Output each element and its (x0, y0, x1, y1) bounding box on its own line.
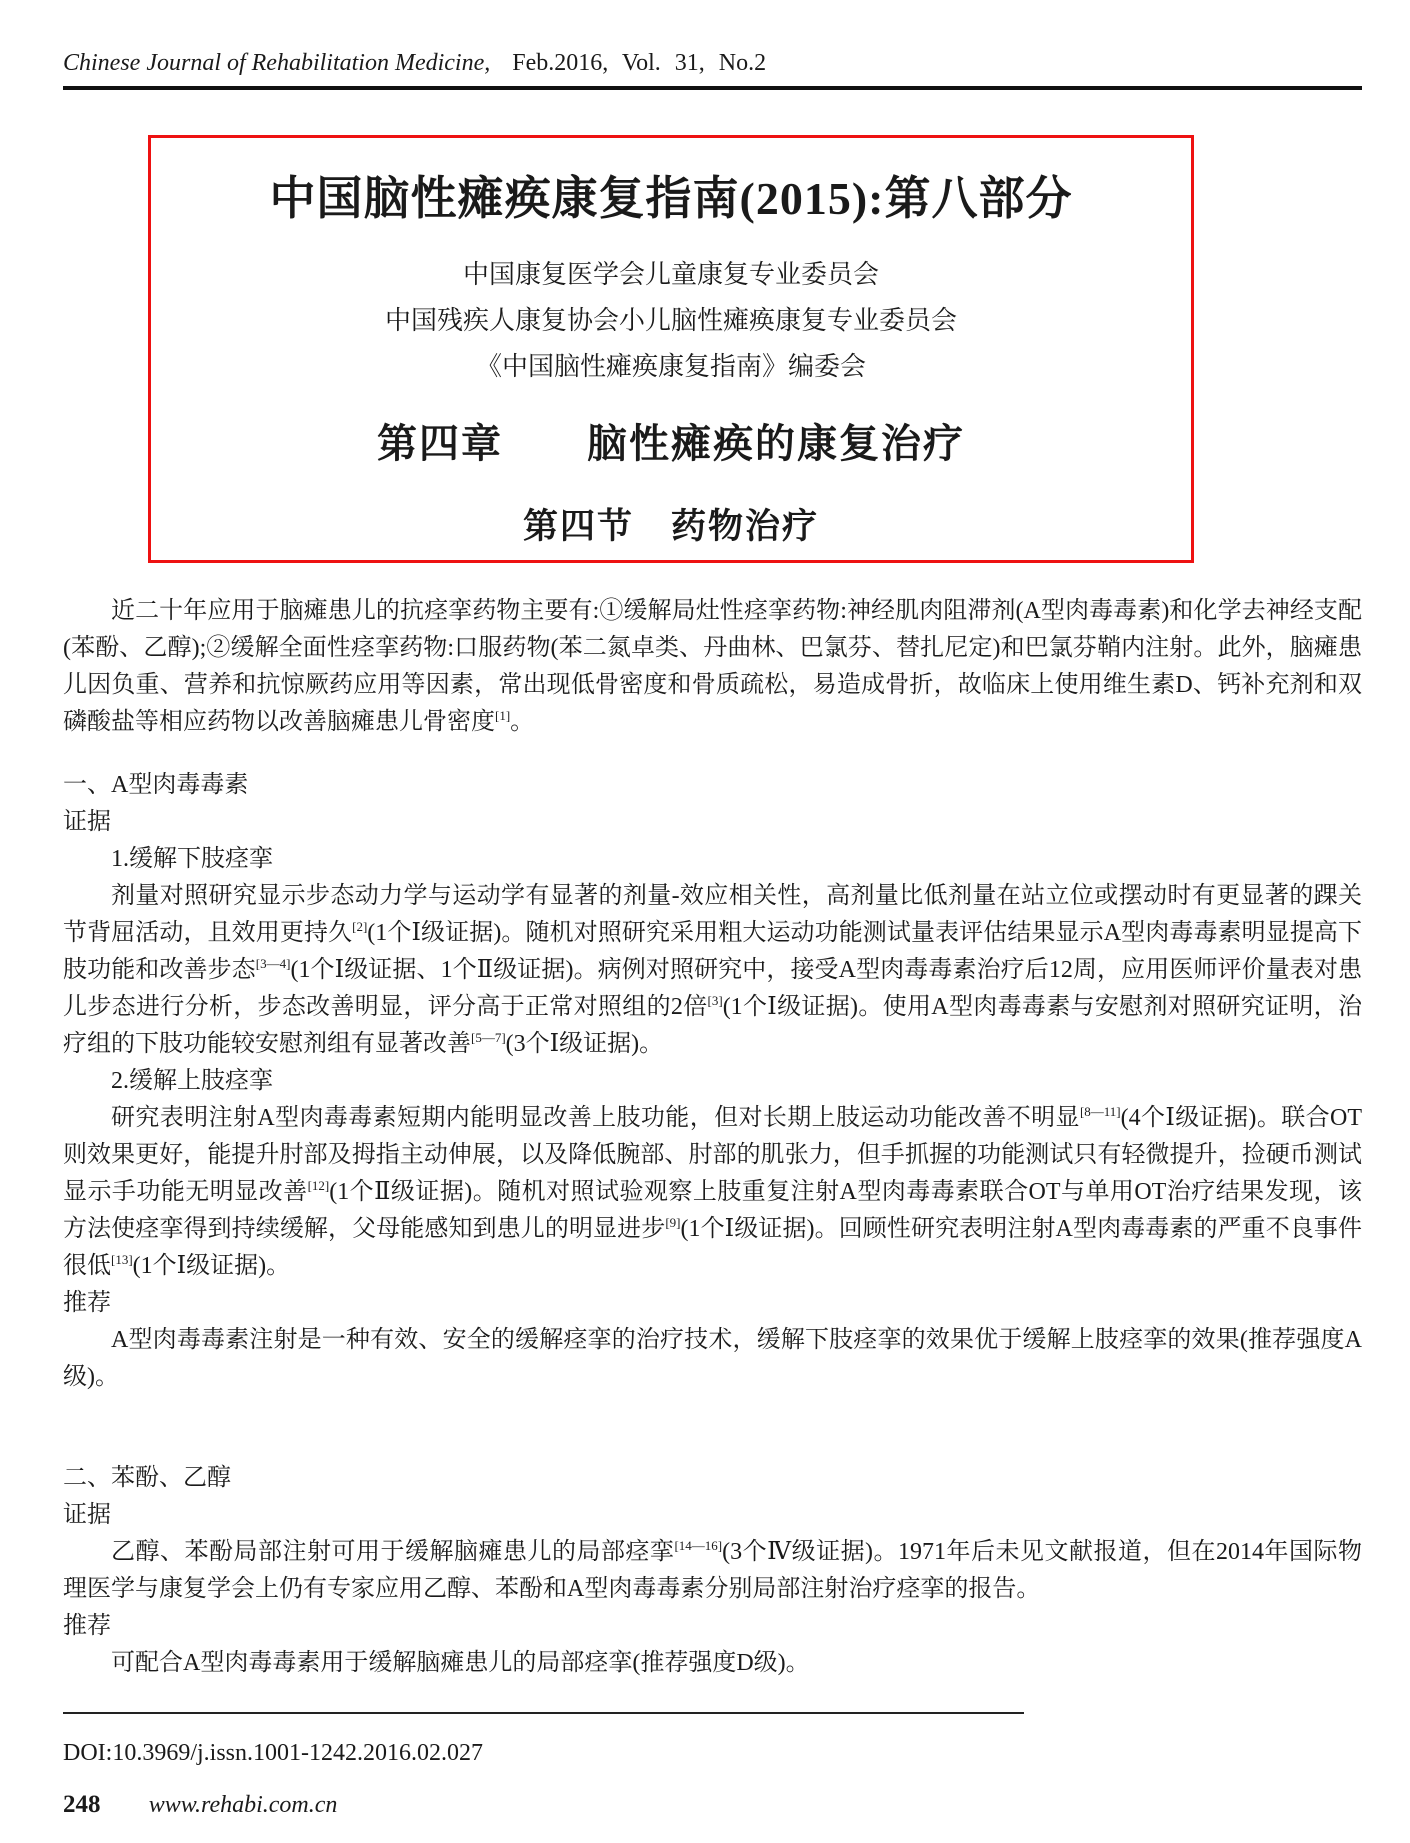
affiliations: 中国康复医学会儿童康复专业委员会 中国残疾人康复协会小儿脑性瘫痪康复专业委员会 … (151, 252, 1191, 390)
section-2-recommendation: 可配合A型肉毒毒素用于缓解脑瘫患儿的局部痉挛(推荐强度D级)。 (63, 1645, 1362, 1682)
issue-info: Feb.2016, Vol. 31, No.2 (512, 50, 766, 76)
body-text: (3个Ⅰ级证据)。 (506, 1031, 663, 1057)
section-2-evidence-label: 证据 (63, 1497, 1362, 1534)
section-1-heading: 一、A型肉毒毒素 (63, 767, 1362, 804)
article-title: 中国脑性瘫痪康复指南(2015):第八部分 (151, 162, 1191, 228)
intro-text: 近二十年应用于脑瘫患儿的抗痉挛药物主要有:①缓解局灶性痉挛药物:神经肌肉阻滞剂(… (63, 598, 1362, 735)
chapter-title: 第四章 脑性瘫痪的康复治疗 (151, 412, 1191, 469)
journal-name: Chinese Journal of Rehabilitation Medici… (63, 50, 490, 76)
article-body: 近二十年应用于脑瘫患儿的抗痉挛药物主要有:①缓解局灶性痉挛药物:神经肌肉阻滞剂(… (63, 593, 1362, 1682)
affiliation-3: 《中国脑性瘫痪康复指南》编委会 (151, 344, 1191, 390)
affiliation-1: 中国康复医学会儿童康复专业委员会 (151, 252, 1191, 298)
citation-ref: [3—4] (256, 956, 291, 971)
subsection-1-1-paragraph: 剂量对照研究显示步态动力学与运动学有显著的剂量-效应相关性，高剂量比低剂量在站立… (63, 878, 1362, 1063)
section-2-heading: 二、苯酚、乙醇 (63, 1460, 1362, 1497)
running-head: Chinese Journal of Rehabilitation Medici… (63, 50, 1362, 77)
citation-ref: [13] (111, 1252, 133, 1267)
section-2-recommendation-label: 推荐 (63, 1608, 1362, 1645)
footer-rule (63, 1712, 1024, 1714)
section-title: 第四节 药物治疗 (151, 499, 1191, 549)
citation-ref: [5—7] (471, 1030, 506, 1045)
header-rule (63, 86, 1362, 90)
affiliation-2: 中国残疾人康复协会小儿脑性瘫痪康复专业委员会 (151, 298, 1191, 344)
section-1-recommendation-label: 推荐 (63, 1285, 1362, 1322)
subsection-1-2-paragraph: 研究表明注射A型肉毒毒素短期内能明显改善上肢功能，但对长期上肢运动功能改善不明显… (63, 1100, 1362, 1285)
journal-website: www.rehabi.com.cn (149, 1792, 338, 1818)
citation-ref: [12] (308, 1178, 330, 1193)
citation-ref: [9] (665, 1215, 680, 1230)
body-text: (1个Ⅰ级证据)。 (133, 1253, 290, 1279)
footer-line: 248 www.rehabi.com.cn (63, 1791, 1362, 1819)
citation-ref: [2] (352, 919, 367, 934)
journal-page: Chinese Journal of Rehabilitation Medici… (0, 0, 1410, 1819)
section-1-recommendation: A型肉毒毒素注射是一种有效、安全的缓解痉挛的治疗技术，缓解下肢痉挛的效果优于缓解… (63, 1322, 1362, 1396)
intro-text-end: 。 (510, 709, 534, 735)
article-title-box: 中国脑性瘫痪康复指南(2015):第八部分 中国康复医学会儿童康复专业委员会 中… (148, 135, 1194, 563)
subsection-1-1-heading: 1.缓解下肢痉挛 (63, 841, 1362, 878)
citation-ref: [3] (708, 993, 723, 1008)
body-text: 研究表明注射A型肉毒毒素短期内能明显改善上肢功能，但对长期上肢运动功能改善不明显 (111, 1105, 1080, 1131)
page-number: 248 (63, 1791, 101, 1818)
body-text: 乙醇、苯酚局部注射可用于缓解脑瘫患儿的局部痉挛 (111, 1539, 674, 1565)
subsection-1-2-heading: 2.缓解上肢痉挛 (63, 1063, 1362, 1100)
section-2-evidence-paragraph: 乙醇、苯酚局部注射可用于缓解脑瘫患儿的局部痉挛[14—16](3个Ⅳ级证据)。1… (63, 1534, 1362, 1608)
citation-ref: [1] (495, 708, 510, 723)
section-1-evidence-label: 证据 (63, 804, 1362, 841)
citation-ref: [14—16] (674, 1538, 722, 1553)
intro-paragraph: 近二十年应用于脑瘫患儿的抗痉挛药物主要有:①缓解局灶性痉挛药物:神经肌肉阻滞剂(… (63, 593, 1362, 741)
doi: DOI:10.3969/j.issn.1001-1242.2016.02.027 (63, 1740, 1362, 1767)
citation-ref: [8—11] (1080, 1104, 1121, 1119)
